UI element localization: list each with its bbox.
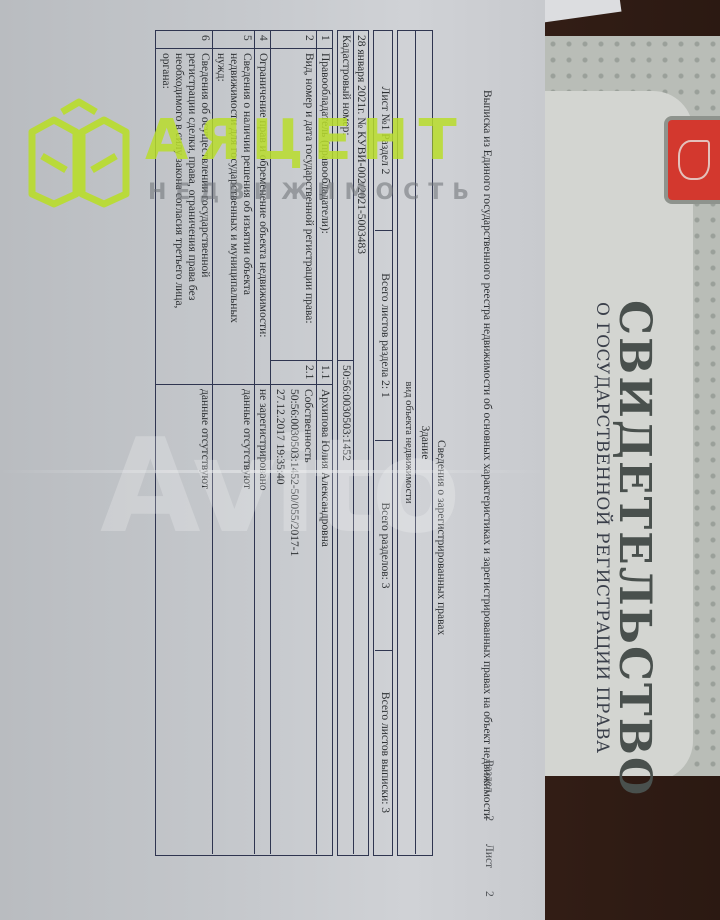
extract-heading: Выписка из Единого государственного реес…: [481, 90, 493, 819]
row-subnumber: 1.1: [316, 361, 332, 385]
row-number: 2: [270, 31, 316, 49]
row-number: 6: [156, 31, 212, 49]
row-number: 4: [254, 31, 270, 49]
row-label: Вид, номер и дата государственной регист…: [270, 49, 316, 361]
agency-watermark-subtitle: НЕДВИЖИМОСТЬ: [148, 180, 478, 205]
row-label-line: Сведения об осуществлении государственно…: [198, 53, 211, 380]
agency-watermark: АЯЦЕНТ: [145, 108, 467, 173]
row-label: Ограничение прав и обременение объекта н…: [254, 49, 270, 385]
extract-sheets-total: Всего листов выписки: 3: [375, 651, 392, 854]
row-label: Сведения об осуществлении государственно…: [156, 49, 212, 385]
coat-of-arms-icon: [668, 120, 720, 200]
row-subnumber: 2.1: [270, 361, 316, 385]
row-label-line: регистрации сделки, права, ограничения п…: [185, 53, 198, 380]
section-sheet-label: Раздел 2 Лист 2: [483, 760, 495, 897]
row-label-line: необходимого в силу закона согласия трет…: [172, 53, 185, 380]
row-label-line: органа:: [159, 53, 172, 380]
section-label: Раздел 2: [483, 760, 495, 821]
row-label: Правообладатель (правообладатели):: [316, 49, 332, 361]
row-label-line: нужд:: [214, 53, 227, 380]
certificate-subtitle: О ГОСУДАРСТВЕННОЙ РЕГИСТРАЦИИ ПРАВА: [592, 302, 612, 754]
agency-logo-icon: [24, 98, 134, 208]
row-number: 5: [212, 31, 254, 49]
row-label-line: недвижимости для государственных и муниц…: [227, 53, 240, 380]
row-label-line: Сведения о наличии решения об изъятии об…: [240, 53, 253, 380]
row-number: 1: [316, 31, 332, 49]
avito-watermark: Avito: [100, 410, 457, 562]
row-label: Сведения о наличии решения об изъятии об…: [212, 49, 254, 385]
sheet-label: Лист 2: [483, 844, 495, 897]
